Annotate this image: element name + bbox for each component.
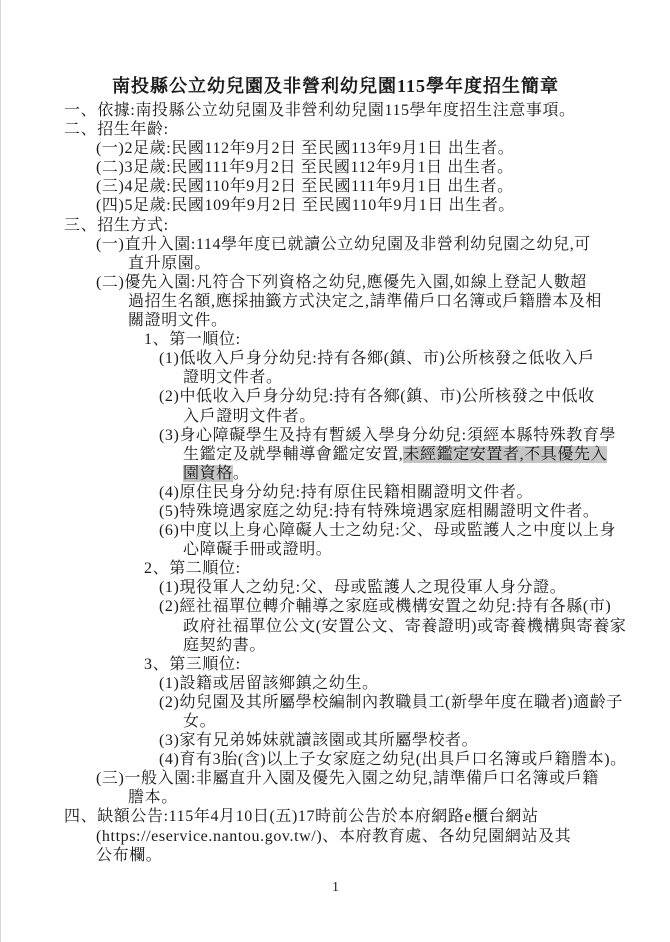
text-segment: (四)5足歲:民國109年9月2日 至民國110年9月1日 出生者。 — [96, 197, 515, 214]
text-line: 二、招生年齡: — [64, 120, 670, 139]
text-segment: 四、缺額公告:115年4月10日(五)17時前公告於本府網路e櫃台網站 — [64, 808, 539, 825]
text-line: 2、第二順位: — [144, 559, 670, 578]
text-line: 庭契約書。 — [183, 636, 670, 655]
document-body: 一、依據:南投縣公立幼兒園及非營利幼兒園115學年度招生注意事項。二、招生年齡:… — [1, 101, 670, 865]
text-segment: 。 — [233, 465, 250, 482]
text-segment: 入戶證明文件者。 — [183, 408, 316, 425]
text-segment: (3)身心障礙學生及持有暫緩入學身分幼兒:須經本縣特殊教育學 — [159, 427, 616, 444]
text-line: 一、依據:南投縣公立幼兒園及非營利幼兒園115學年度招生注意事項。 — [64, 101, 670, 120]
text-segment: (1)設籍或居留該鄉鎮之幼生。 — [159, 675, 379, 692]
text-line: 生鑑定及就學輔導會鑑定安置,未經鑑定安置者,不具優先入 — [183, 445, 670, 464]
text-line: 入戶證明文件者。 — [183, 407, 670, 426]
text-segment: 3、第三順位: — [144, 656, 241, 673]
text-segment: 證明文件者。 — [183, 369, 283, 386]
text-line: 1、第一順位: — [144, 330, 670, 349]
text-line: 園資格。 — [183, 464, 670, 483]
text-line: (三)4足歲:民國110年9月2日 至民國111年9月1日 出生者。 — [96, 177, 670, 196]
text-segment: (二)優先入園:凡符合下列資格之幼兒,應優先入園,如線上登記人數超 — [96, 274, 587, 291]
text-segment: (https://eservice.nantou.gov.tw/)、本府教育處、… — [96, 828, 571, 845]
text-line: (2)幼兒園及其所屬學校編制內教職員工(新學年度在職者)適齡子 — [159, 693, 670, 712]
text-line: 四、缺額公告:115年4月10日(五)17時前公告於本府網路e櫃台網站 — [64, 807, 670, 826]
text-line: (5)特殊境遇家庭之幼兒:持有特殊境遇家庭相關證明文件者。 — [159, 502, 670, 521]
text-line: 謄本。 — [128, 788, 670, 807]
text-line: 三、招生方式: — [64, 216, 670, 235]
text-segment: 生鑑定及就學輔導會鑑定安置, — [183, 446, 403, 463]
text-segment: 女。 — [183, 713, 216, 730]
text-segment: (1)低收入戶身分幼兒:持有各鄉(鎮、市)公所核發之低收入戶 — [159, 350, 595, 367]
text-line: (1)低收入戶身分幼兒:持有各鄉(鎮、市)公所核發之低收入戶 — [159, 349, 670, 368]
text-line: 3、第三順位: — [144, 655, 670, 674]
text-line: 政府社福單位公文(安置公文、寄養證明)或寄養機構與寄養家 — [183, 617, 670, 636]
text-segment: (三)一般入園:非屬直升入園及優先入園之幼兒,請準備戶口名簿或戶籍 — [96, 770, 599, 787]
text-line: (2)經社福單位轉介輔導之家庭或機構安置之幼兒:持有各縣(市) — [159, 597, 670, 616]
text-segment: 關證明文件。 — [128, 312, 228, 329]
text-line: (2)中低收入戶身分幼兒:持有各鄉(鎮、市)公所核發之中低收 — [159, 387, 670, 406]
text-segment: 公布欄。 — [96, 847, 162, 864]
text-line: (二)優先入園:凡符合下列資格之幼兒,應優先入園,如線上登記人數超 — [96, 273, 670, 292]
text-line: (二)3足歲:民國111年9月2日 至民國112年9月1日 出生者。 — [96, 158, 670, 177]
text-line: (https://eservice.nantou.gov.tw/)、本府教育處、… — [96, 827, 670, 846]
text-segment: 謄本。 — [128, 789, 178, 806]
page-number: 1 — [1, 880, 670, 896]
text-segment: (3)家有兄弟姊妹就讀該園或其所屬學校者。 — [159, 732, 478, 749]
text-line: (一)直升入園:114學年度已就讀公立幼兒園及非營利幼兒園之幼兒,可 — [96, 235, 670, 254]
text-line: (3)身心障礙學生及持有暫緩入學身分幼兒:須經本縣特殊教育學 — [159, 426, 670, 445]
text-segment: (2)幼兒園及其所屬學校編制內教職員工(新學年度在職者)適齡子 — [159, 694, 623, 711]
text-line: (四)5足歲:民國109年9月2日 至民國110年9月1日 出生者。 — [96, 196, 670, 215]
text-line: 心障礙手冊或證明。 — [183, 540, 670, 559]
highlighted-text: 未經鑑定安置者,不具優先入 — [403, 446, 607, 463]
text-segment: 三、招生方式: — [64, 217, 169, 234]
text-line: (3)家有兄弟姊妹就讀該園或其所屬學校者。 — [159, 731, 670, 750]
text-line: (三)一般入園:非屬直升入園及優先入園之幼兒,請準備戶口名簿或戶籍 — [96, 769, 670, 788]
text-segment: (三)4足歲:民國110年9月2日 至民國111年9月1日 出生者。 — [96, 178, 514, 195]
text-segment: (5)特殊境遇家庭之幼兒:持有特殊境遇家庭相關證明文件者。 — [159, 503, 600, 520]
document-title: 南投縣公立幼兒園及非營利幼兒園115學年度招生簡章 — [1, 0, 670, 98]
text-segment: (1)現役軍人之幼兒:父、母或監護人之現役軍人身分證。 — [159, 579, 566, 596]
text-line: 直升原園。 — [128, 254, 670, 273]
text-segment: 二、招生年齡: — [64, 121, 169, 138]
text-line: 女。 — [183, 712, 670, 731]
text-line: (4)原住民身分幼兒:持有原住民籍相關證明文件者。 — [159, 483, 670, 502]
text-segment: 直升原園。 — [128, 255, 211, 272]
text-segment: (一)直升入園:114學年度已就讀公立幼兒園及非營利幼兒園之幼兒,可 — [96, 236, 591, 253]
text-segment: 政府社福單位公文(安置公文、寄養證明)或寄養機構與寄養家 — [183, 618, 626, 635]
text-line: 過招生名額,應採抽籤方式決定之,請準備戶口名簿或戶籍謄本及相 — [128, 292, 670, 311]
document-page: 南投縣公立幼兒園及非營利幼兒園115學年度招生簡章 一、依據:南投縣公立幼兒園及… — [0, 0, 670, 942]
text-segment: (4)原住民身分幼兒:持有原住民籍相關證明文件者。 — [159, 484, 533, 501]
text-line: 證明文件者。 — [183, 368, 670, 387]
text-segment: (2)經社福單位轉介輔導之家庭或機構安置之幼兒:持有各縣(市) — [159, 598, 611, 615]
text-segment: 庭契約書。 — [183, 637, 266, 654]
text-line: (1)現役軍人之幼兒:父、母或監護人之現役軍人身分證。 — [159, 578, 670, 597]
text-line: 關證明文件。 — [128, 311, 670, 330]
text-segment: 1、第一順位: — [144, 331, 241, 348]
text-segment: 一、依據:南投縣公立幼兒園及非營利幼兒園115學年度招生注意事項。 — [64, 102, 576, 119]
text-segment: (二)3足歲:民國111年9月2日 至民國112年9月1日 出生者。 — [96, 159, 514, 176]
text-line: (6)中度以上身心障礙人士之幼兒:父、母或監護人之中度以上身 — [159, 521, 670, 540]
text-segment: (2)中低收入戶身分幼兒:持有各鄉(鎮、市)公所核發之中低收 — [159, 388, 595, 405]
text-line: (一)2足歲:民國112年9月2日 至民國113年9月1日 出生者。 — [96, 139, 670, 158]
text-line: 公布欄。 — [96, 846, 670, 865]
text-line: (4)育有3胎(含)以上子女家庭之幼兒(出具戶口名簿或戶籍謄本)。 — [159, 750, 670, 769]
text-segment: 2、第二順位: — [144, 560, 241, 577]
text-segment: (4)育有3胎(含)以上子女家庭之幼兒(出具戶口名簿或戶籍謄本)。 — [159, 751, 627, 768]
highlighted-text: 園資格 — [183, 465, 233, 482]
text-segment: 心障礙手冊或證明。 — [183, 541, 332, 558]
text-segment: (一)2足歲:民國112年9月2日 至民國113年9月1日 出生者。 — [96, 140, 514, 157]
text-line: (1)設籍或居留該鄉鎮之幼生。 — [159, 674, 670, 693]
text-segment: 過招生名額,應採抽籤方式決定之,請準備戶口名簿或戶籍謄本及相 — [128, 293, 602, 310]
text-segment: (6)中度以上身心障礙人士之幼兒:父、母或監護人之中度以上身 — [159, 522, 616, 539]
